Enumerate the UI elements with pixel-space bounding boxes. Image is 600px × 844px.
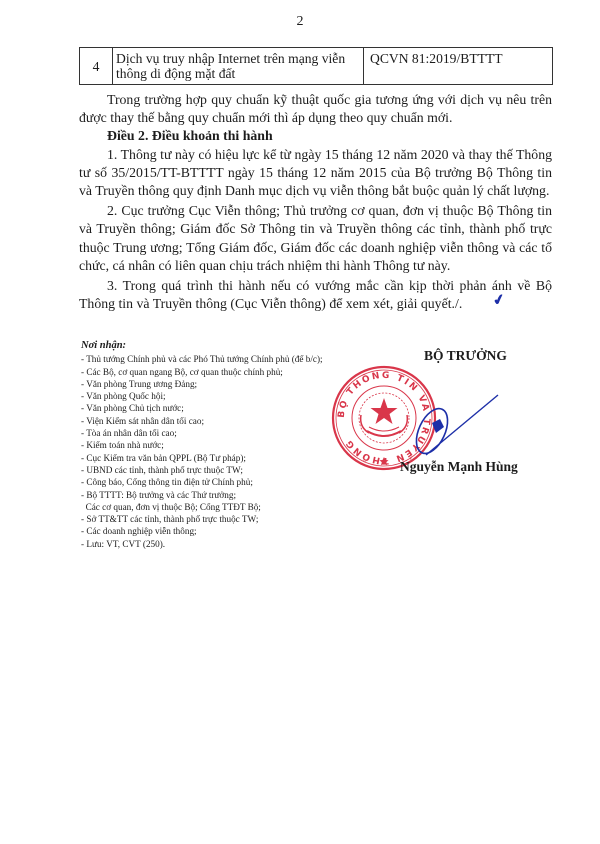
recipients-list: Nơi nhận: - Thủ tướng Chính phủ và các P… <box>81 340 341 550</box>
replacement-paragraph: Trong trường hợp quy chuẩn kỹ thuật quốc… <box>79 91 552 127</box>
signer-name: Nguyễn Mạnh Hùng <box>400 459 518 475</box>
recipient-item: - Các Bộ, cơ quan ngang Bộ, cơ quan thuộ… <box>81 366 341 378</box>
page-number: 2 <box>0 14 600 30</box>
row-index: 4 <box>80 48 113 85</box>
standard-code: QCVN 81:2019/BTTTT <box>364 48 553 85</box>
recipient-item: - Viện Kiểm sát nhân dân tối cao; <box>81 415 341 427</box>
article-2-heading: Điều 2. Điều khoản thi hành <box>79 127 552 145</box>
recipient-item: - Thủ tướng Chính phủ và các Phó Thủ tướ… <box>81 353 341 365</box>
recipient-item: - Sở TT&TT các tỉnh, thành phố trực thuộ… <box>81 513 341 525</box>
initial-mark-icon: ✔ <box>465 291 508 319</box>
recipient-item: - Văn phòng Quốc hội; <box>81 390 341 402</box>
clause-1: 1. Thông tư này có hiệu lực kể từ ngày 1… <box>79 146 552 201</box>
recipient-item: - Lưu: VT, CVT (250). <box>81 538 341 550</box>
signature-block: BỘ TRƯỞNG BỘ THÔNG TIN VÀ TRUYỀN THÔNG N… <box>330 348 540 488</box>
recipient-item: - Văn phòng Chủ tịch nước; <box>81 402 341 414</box>
clause-3: 3. Trong quá trình thi hành nếu có vướng… <box>79 277 552 314</box>
recipient-item: Các cơ quan, đơn vị thuộc Bộ; Cổng TTĐT … <box>81 501 341 513</box>
recipient-item: - Văn phòng Trung ương Đảng; <box>81 378 341 390</box>
services-table: 4 Dịch vụ truy nhập Internet trên mạng v… <box>79 47 553 85</box>
recipient-item: - Kiểm toán nhà nước; <box>81 439 341 451</box>
service-name: Dịch vụ truy nhập Internet trên mạng viễ… <box>113 48 364 85</box>
signer-title: BỘ TRƯỞNG <box>424 348 507 364</box>
document-body: Trong trường hợp quy chuẩn kỹ thuật quốc… <box>79 91 552 314</box>
recipient-item: - Các doanh nghiệp viễn thông; <box>81 525 341 537</box>
handwritten-signature-icon <box>410 393 500 463</box>
recipients-title: Nơi nhận: <box>81 340 341 352</box>
recipient-item: - Bộ TTTT: Bộ trưởng và các Thứ trưởng; <box>81 489 341 501</box>
recipient-item: - Tòa án nhân dân tối cao; <box>81 427 341 439</box>
table-row: 4 Dịch vụ truy nhập Internet trên mạng v… <box>80 48 553 85</box>
recipient-item: - Cục Kiểm tra văn bản QPPL (Bộ Tư pháp)… <box>81 452 341 464</box>
recipient-item: - Công báo, Cổng thông tin điện tử Chính… <box>81 476 341 488</box>
clause-2: 2. Cục trưởng Cục Viễn thông; Thủ trưởng… <box>79 202 552 275</box>
recipient-item: - UBND các tỉnh, thành phố trực thuộc TW… <box>81 464 341 476</box>
